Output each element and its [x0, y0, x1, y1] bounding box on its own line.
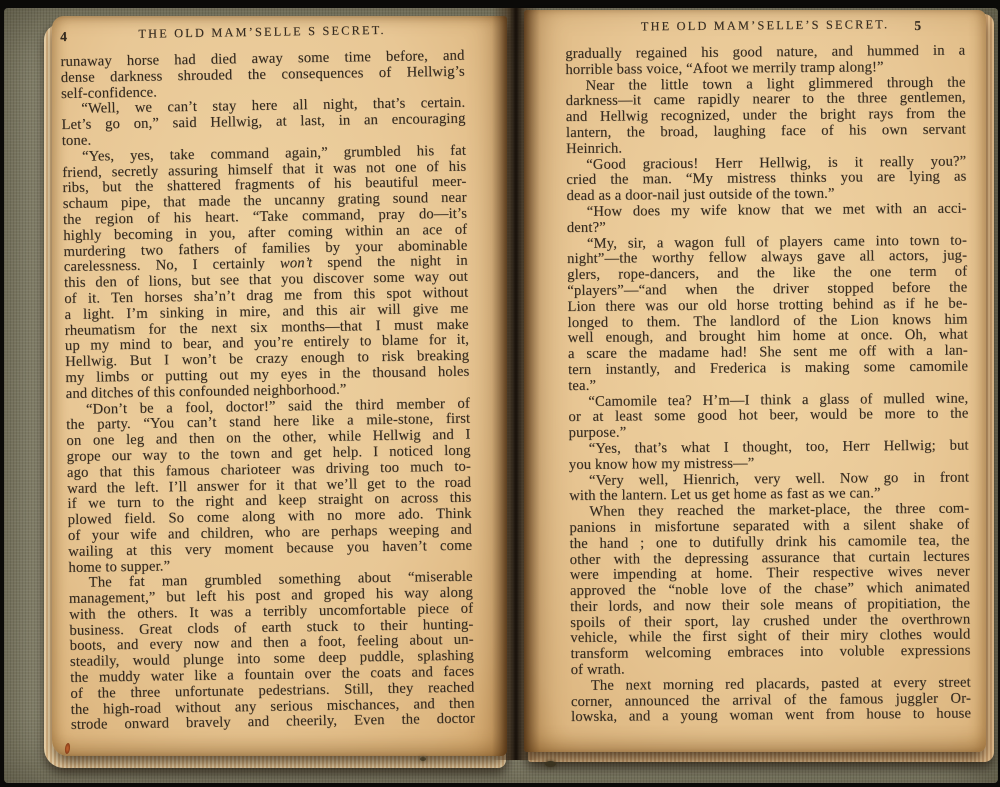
- text-line: lowska, and a young woman went from hous…: [571, 707, 971, 726]
- stain-mark: [545, 761, 556, 767]
- book-scan: 4 THE OLD MAM’SELLE S SECRET. runaway ho…: [0, 0, 1000, 787]
- right-page-number: 5: [914, 18, 921, 34]
- left-page-text: runaway horse had died away some time be…: [60, 49, 475, 735]
- stain-mark: [64, 743, 70, 755]
- right-page-text: gradually regained his good nature, and …: [565, 44, 971, 727]
- left-running-title: THE OLD MAM’SELLE S SECRET.: [60, 22, 464, 43]
- left-page-number: 4: [60, 29, 67, 45]
- left-running-header: 4 THE OLD MAM’SELLE S SECRET.: [60, 22, 464, 45]
- book-gutter-shadow: [492, 8, 540, 760]
- right-page-content: THE OLD MAM’SELLE’S SECRET. 5 gradually …: [565, 17, 971, 727]
- stain-mark: [420, 757, 426, 761]
- right-running-title: THE OLD MAM’SELLE’S SECRET.: [565, 17, 965, 35]
- left-page: 4 THE OLD MAM’SELLE S SECRET. runaway ho…: [52, 16, 507, 756]
- left-page-content: 4 THE OLD MAM’SELLE S SECRET. runaway ho…: [60, 22, 475, 735]
- right-running-header: THE OLD MAM’SELLE’S SECRET. 5: [565, 17, 965, 37]
- right-page: THE OLD MAM’SELLE’S SECRET. 5 gradually …: [524, 10, 986, 752]
